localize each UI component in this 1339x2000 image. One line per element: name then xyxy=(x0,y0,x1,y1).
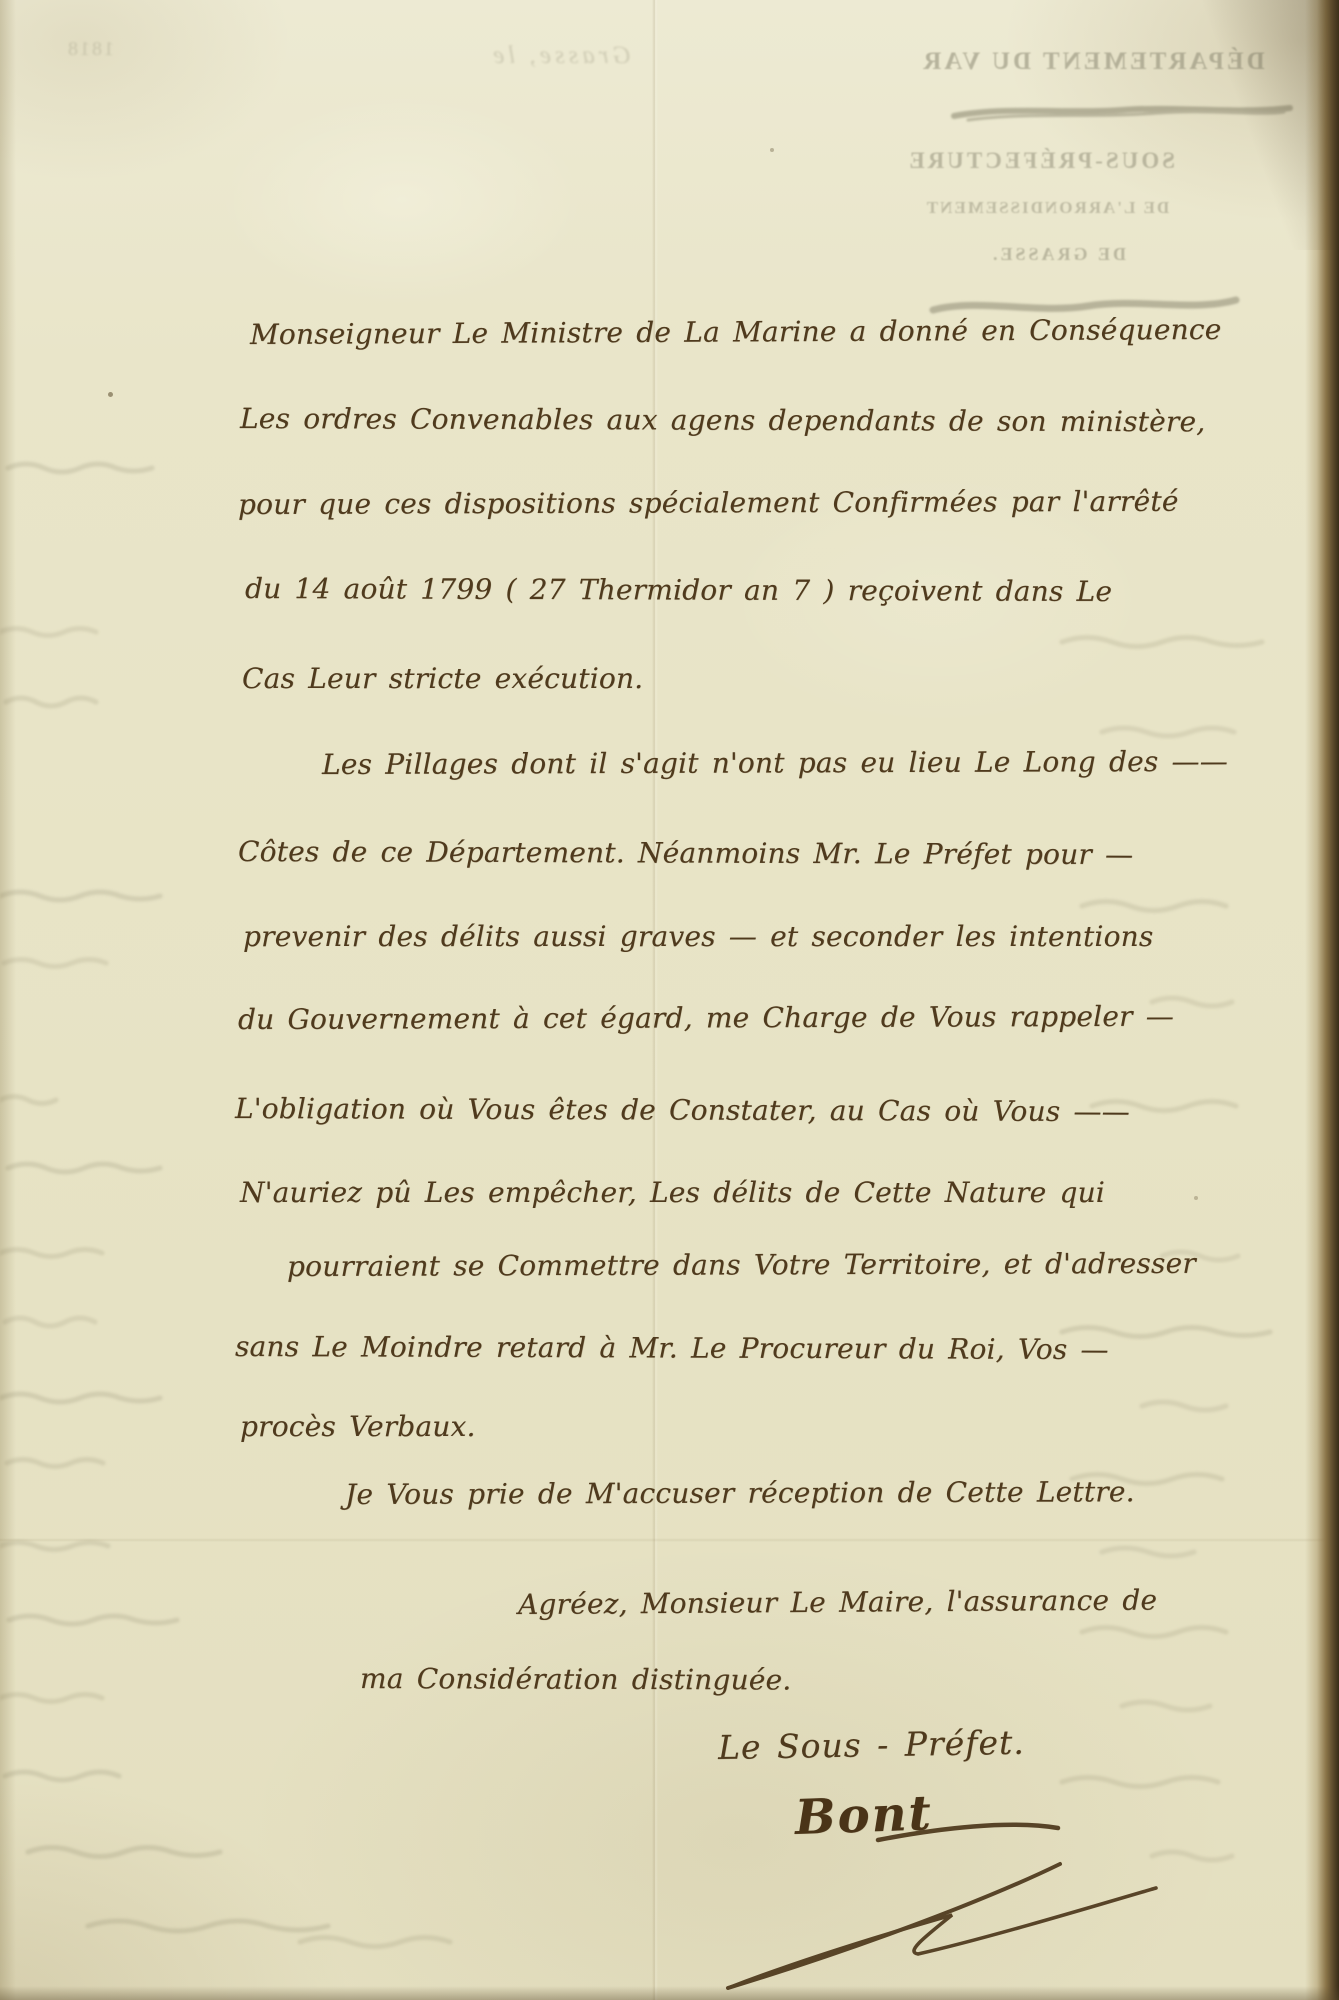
body-line: pourraient se Commettre dans Votre Terri… xyxy=(287,1247,1196,1283)
page-right-edge xyxy=(1305,0,1339,2000)
bleedthrough-arrondissement: DE L'ARRONDISSEMENT xyxy=(916,198,1178,218)
body-line: L'obligation où Vous êtes de Constater, … xyxy=(235,1092,1130,1128)
horizontal-crease xyxy=(0,1538,1339,1542)
letter-page: 1818 Grasse, le DÉPARTEMENT DU VAR SOUS-… xyxy=(0,0,1339,2000)
body-line: Cas Leur stricte exécution. xyxy=(242,662,643,695)
signature-paraph xyxy=(590,1812,1230,2000)
body-line: sans Le Moindre retard à Mr. Le Procureu… xyxy=(235,1330,1109,1366)
closing-role-line: Le Sous - Préfet. xyxy=(718,1723,1025,1767)
body-line: du 14 août 1799 ( 27 Thermidor an 7 ) re… xyxy=(245,572,1112,608)
bleedthrough-year: 1818 xyxy=(66,38,114,61)
body-line: N'auriez pû Les empêcher, Les délits de … xyxy=(240,1176,1105,1209)
bleedthrough-date-line: Grasse, le xyxy=(420,42,700,70)
body-line: pour que ces dispositions spécialement C… xyxy=(238,485,1179,521)
body-line: Je Vous prie de M'accuser réception de C… xyxy=(345,1475,1135,1511)
body-line: prevenir des délits aussi graves — et se… xyxy=(243,920,1153,953)
vertical-fold-crease xyxy=(652,0,658,2000)
page-bottom-edge-shadow xyxy=(0,1986,1339,2000)
body-line: Les ordres Convenables aux agens dependa… xyxy=(240,402,1205,438)
bleedthrough-sous-prefecture: SOUS-PRÉFECTURE xyxy=(940,148,1175,174)
body-line: du Gouvernement à cet égard, me Charge d… xyxy=(238,1000,1174,1036)
body-line: ma Considération distinguée. xyxy=(360,1662,792,1697)
ink-speck xyxy=(770,148,774,152)
body-line: Côtes de ce Département. Néanmoins Mr. L… xyxy=(238,835,1133,871)
ink-speck xyxy=(108,392,113,397)
ink-speck xyxy=(1194,1196,1198,1200)
bleedthrough-de-grasse: DE GRASSE. xyxy=(982,244,1134,265)
page-top-right-corner-shadow xyxy=(1199,0,1339,250)
body-line: procès Verbaux. xyxy=(240,1410,476,1443)
body-line: Les Pillages dont il s'agit n'ont pas eu… xyxy=(322,745,1228,781)
body-line: Agréez, Monsieur Le Maire, l'assurance d… xyxy=(518,1584,1157,1621)
body-line: Monseigneur Le Ministre de La Marine a d… xyxy=(250,313,1222,351)
page-left-edge xyxy=(0,0,16,2000)
